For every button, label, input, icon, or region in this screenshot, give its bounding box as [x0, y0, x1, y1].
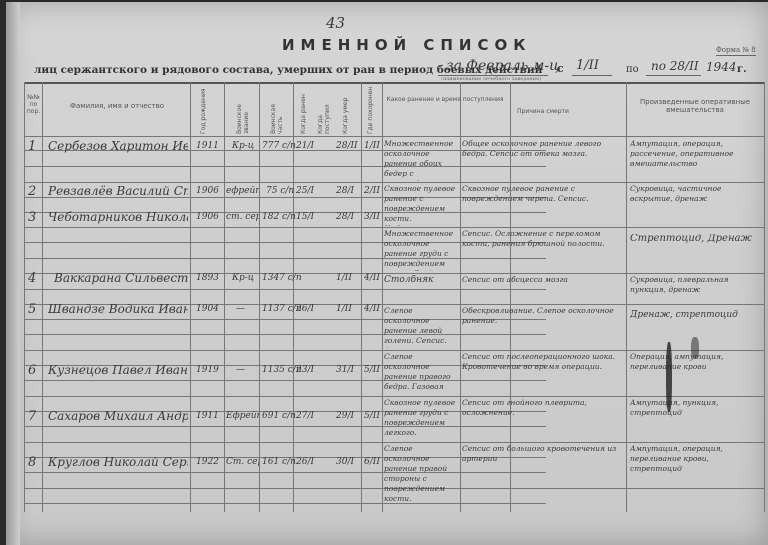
- col-line: [190, 82, 191, 512]
- surgery: Сукровица, плевральная пункция, дренаж: [630, 275, 762, 303]
- birth-year: 1904: [196, 304, 219, 314]
- records-table: №№ по пор. Фамилия, имя и отчество Год р…: [24, 82, 764, 522]
- birth-year: 1911: [196, 141, 219, 151]
- row-line: [24, 503, 546, 504]
- burial-date: 2/II: [364, 186, 380, 196]
- document-title: ИМЕННОЙ СПИСОК: [282, 36, 532, 54]
- header-surgery: Произведенные оперативные вмешательства: [630, 98, 760, 115]
- burial-date: 3/II: [364, 212, 380, 222]
- cause-of-death: Сквозное пулевое ранение с повреждением …: [462, 184, 624, 226]
- row-line: [24, 227, 764, 228]
- rank: Кр-ц: [232, 273, 254, 283]
- surgery: Стрептоцид, Дренаж: [630, 234, 762, 264]
- col-line: [382, 82, 383, 512]
- cause-of-death: Сепсис от большого кровотечения из артер…: [462, 444, 624, 486]
- rank: —: [236, 365, 245, 375]
- year-suffix: г.: [737, 64, 747, 75]
- unit: 691 с/п: [262, 411, 296, 421]
- death-date: 1/II: [336, 273, 352, 283]
- table-border: [24, 82, 764, 84]
- wounded-date: 23/I: [296, 365, 314, 375]
- birth-year: 1906: [196, 186, 219, 196]
- birth-year: 1919: [196, 365, 219, 375]
- diagnosis: Сквозное пулевое ранение с повреждением …: [384, 184, 460, 226]
- archive-number: 43: [326, 14, 345, 32]
- col-line: [259, 82, 260, 512]
- row-number: 8: [28, 455, 36, 470]
- wounded-date: 15/I: [296, 212, 314, 222]
- row-number: 2: [28, 184, 36, 199]
- person-name: Сербезов Харитон Иванович: [48, 139, 188, 153]
- birth-year: 1922: [196, 457, 219, 467]
- diagnosis: Множественное осколочное ранение обоих б…: [384, 139, 460, 181]
- form-number: Форма № 8: [716, 46, 756, 56]
- wounded-date: 25/I: [296, 186, 314, 196]
- header-divider: [24, 136, 764, 137]
- col-line: [764, 82, 765, 512]
- underline: [646, 75, 701, 76]
- rank: ст. сержант: [226, 212, 259, 222]
- header-died: Когда умер: [342, 86, 349, 134]
- surgery: Ампутация, пункция, стрептоцид: [630, 398, 762, 440]
- underline: [572, 75, 612, 76]
- col-line: [24, 82, 25, 512]
- person-name: Ваккарана Сильвестр Карлович: [54, 271, 188, 285]
- rank: —: [236, 304, 245, 314]
- burial-date: 5/II: [364, 365, 380, 375]
- burial-date: 4/II: [364, 273, 380, 283]
- death-date: 28/I: [336, 212, 354, 222]
- header-cause: Причина смерти: [464, 108, 622, 115]
- header-name: Фамилия, имя и отчество: [44, 102, 190, 110]
- header-buried: Где похоронен: [367, 86, 374, 134]
- row-number: 7: [28, 409, 36, 424]
- diagnosis: Слепое осколочное ранение левой голени. …: [384, 306, 460, 348]
- cause-of-death: Сепсис от гнойного плеврита, осложнение.: [462, 398, 624, 440]
- row-line: [24, 182, 764, 183]
- death-date: 28/II: [336, 141, 358, 151]
- birth-year: 1906: [196, 212, 219, 222]
- birth-year: 1911: [196, 411, 219, 421]
- wounded-date: 26/I: [296, 457, 314, 467]
- rank: Ефрейтор: [226, 411, 259, 421]
- row-number: 6: [28, 363, 36, 378]
- surgery: Дренаж, стрептоцид: [630, 310, 762, 338]
- row-number: 1: [28, 139, 36, 154]
- diagnosis: Слепое осколочное ранение правого бедра.…: [384, 352, 460, 394]
- person-name: Кузнецов Павел Иванович: [48, 363, 188, 377]
- cause-of-death: Сепсис от абсцесса мозга: [462, 275, 624, 303]
- header-unit: Воинская часть: [270, 86, 284, 134]
- person-name: Сахаров Михаил Андреевич: [48, 409, 188, 423]
- ink-stain: [666, 342, 672, 412]
- header-rank: Воинское звание: [236, 86, 250, 134]
- diagnosis: Столбняк: [384, 275, 460, 303]
- period-start: 1/II: [576, 58, 599, 73]
- death-date: 31/I: [336, 365, 354, 375]
- col-line: [460, 82, 461, 512]
- person-name: Круглов Николай Сергеевич: [48, 455, 188, 469]
- death-date: 28/I: [336, 186, 354, 196]
- header-no: №№ по пор.: [25, 94, 42, 116]
- wounded-date: 21/I: [296, 141, 314, 151]
- wounded-date: 26/I: [296, 304, 314, 314]
- rank: ефрейтор: [226, 186, 259, 196]
- unit: 777 с/п: [262, 141, 296, 151]
- cause-of-death: Сепсис. Осложнение с переломом кости, ра…: [462, 229, 624, 271]
- burial-date: 4/II: [364, 304, 380, 314]
- wounded-date: 27/I: [296, 411, 314, 421]
- period-month: за Февраль м-ц: [446, 58, 559, 74]
- row-line: [24, 350, 764, 351]
- surgery: Ампутация, операция, переливание крови, …: [630, 444, 762, 486]
- rank: Кр-ц: [232, 141, 254, 151]
- burial-date: 5/II: [364, 411, 380, 421]
- period-year: 1944: [706, 60, 737, 74]
- cause-of-death: Обескровливание. Слепое осколочное ранен…: [462, 306, 624, 348]
- ink-stain: [691, 337, 699, 359]
- col-line: [224, 82, 225, 512]
- period-from-label: с: [557, 62, 564, 75]
- diagnosis: Множественное осколочное ранение груди с…: [384, 229, 460, 271]
- person-name: Ревзавлёв Василий Степанович: [48, 184, 188, 198]
- death-date: 30/I: [336, 457, 354, 467]
- col-line: [361, 82, 362, 512]
- header-wounded: Когда ранен: [300, 86, 307, 134]
- row-number: 3: [28, 210, 36, 225]
- unit: 161 с/п: [262, 457, 296, 467]
- header-birth-year: Год рождения: [200, 86, 207, 134]
- person-name: Чеботарников Николай Кузьмич: [48, 210, 188, 224]
- unit: 182 с/п: [262, 212, 296, 222]
- col-line: [626, 82, 627, 512]
- surgery: Ампутация, операция, рассечение, операти…: [630, 139, 762, 181]
- period-to-label: по: [626, 64, 639, 75]
- death-date: 1/II: [336, 304, 352, 314]
- row-number: 5: [28, 302, 36, 317]
- person-name: Швандзе Водика Иванович: [48, 302, 188, 316]
- row-number: 4: [28, 271, 36, 286]
- surgery: Сукровица, частичное вскрытие, дренаж: [630, 184, 762, 226]
- cause-of-death: Общее осколочное ранение левого бедра. С…: [462, 139, 624, 181]
- row-line: [24, 442, 764, 443]
- header-diagnosis: Какое ранение и время поступления: [384, 96, 506, 103]
- document-sheet: 43 ИМЕННОЙ СПИСОК Форма № 8 лиц сержантс…: [6, 2, 768, 545]
- diagnosis: Слепое осколочное ранение правой стороны…: [384, 444, 460, 504]
- rank: Ст. серж.: [226, 457, 259, 467]
- unit: 1347 с/п: [262, 273, 302, 283]
- birth-year: 1893: [196, 273, 219, 283]
- period-end: по 28/II: [651, 59, 699, 73]
- burial-date: 6/II: [364, 457, 380, 467]
- cause-of-death: Сепсис от послеоперационного шока. Крово…: [462, 352, 624, 394]
- burial-date: 1/II: [364, 141, 380, 151]
- death-date: 29/I: [336, 411, 354, 421]
- col-line: [42, 82, 43, 512]
- row-line: [24, 396, 764, 397]
- unit: 75 с/п: [266, 186, 294, 196]
- header-admitted: Когда поступил: [317, 86, 331, 134]
- diagnosis: Сквозное пулевое ранение груди с поврежд…: [384, 398, 460, 440]
